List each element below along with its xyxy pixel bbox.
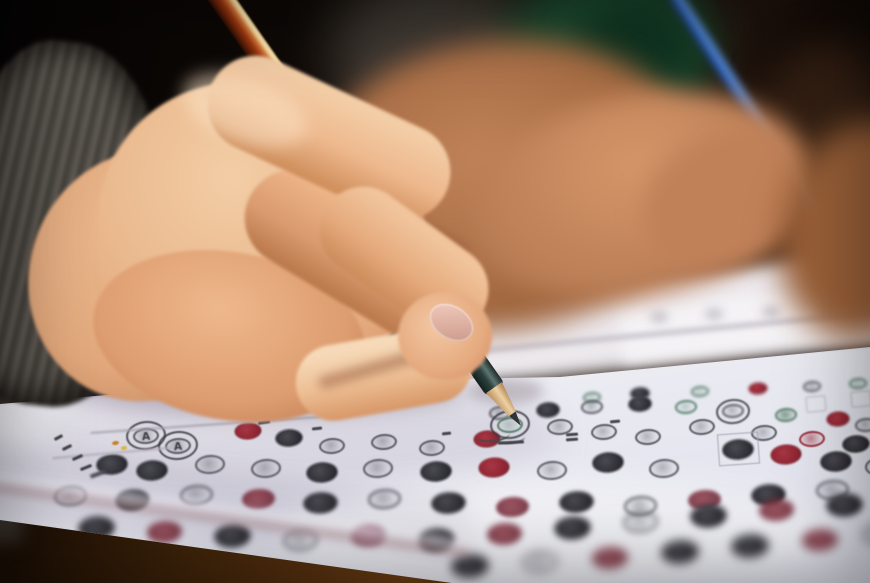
pencil-stroke	[80, 464, 92, 471]
pencil-stroke	[312, 426, 322, 430]
answer-square	[805, 395, 826, 413]
pencil-stroke	[54, 434, 63, 441]
background-sheet-bubble	[705, 309, 723, 319]
pencil-stroke	[442, 432, 451, 435]
pencil-stroke	[62, 444, 72, 451]
pencil-stroke	[610, 420, 620, 423]
background-sheet-bubble	[650, 312, 668, 322]
pencil-stroke	[566, 438, 578, 441]
highlighter-fleck	[112, 440, 120, 445]
pencil-stroke	[90, 469, 106, 478]
photo-exam-scene: AA	[0, 0, 870, 583]
answer-square	[850, 390, 870, 408]
background-sheet-bubble	[762, 307, 780, 317]
pencil-stroke	[566, 433, 578, 436]
pencil-stroke	[52, 447, 172, 459]
